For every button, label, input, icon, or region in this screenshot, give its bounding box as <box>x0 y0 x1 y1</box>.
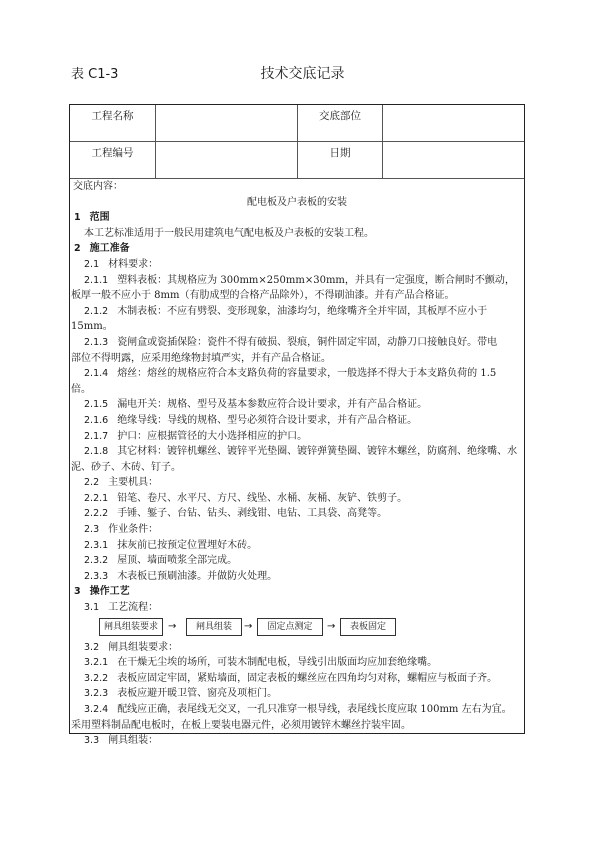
process-flow: 闸具组装要求 → 闸具组装 → 固定点测定 → 表板固定 <box>70 616 524 640</box>
clause-number: 3.2.2 <box>84 671 108 687</box>
paragraph-line: 本工艺标准适用于一般民用建筑电气配电板及户表板的安装工程。 <box>70 226 524 242</box>
subsection-heading: 2.1材料要求： <box>70 257 524 273</box>
clause-number: 3.2.1 <box>84 655 108 671</box>
clause-number: 3.2.3 <box>84 686 108 702</box>
clause-number: 2.1.6 <box>84 413 108 429</box>
clause-text: 闸具组装要求： <box>108 642 178 653</box>
clause-number: 2.2 <box>84 475 99 491</box>
project-name-field[interactable] <box>156 105 298 142</box>
clause-line: 2.3.3木表板已预刷油漆。并做防火处理。 <box>70 569 524 585</box>
clause-text: 操作工艺 <box>90 586 130 597</box>
clause-text: 施工准备 <box>90 243 130 254</box>
clause-number: 3.2.4 <box>84 702 108 718</box>
clause-text: 瓷闸盒或瓷插保险：瓷件不得有破损、裂痕，铜件固定牢固，动静刀口接触良好。带电 <box>117 337 497 348</box>
clause-text: 工艺流程： <box>108 602 158 613</box>
clause-line: 2.1.6绝缘导线：导线的规格、型号必须符合设计要求，并有产品合格证。 <box>70 413 524 429</box>
clause-text: 倍。 <box>71 384 91 395</box>
clause-number: 2.1.1 <box>84 273 108 289</box>
subsection-heading: 3.2闸具组装要求： <box>70 640 524 656</box>
clause-line: 2.1.5漏电开关：规格、型号及基本参数应符合设计要求，并有产品合格证。 <box>70 397 524 413</box>
clause-text: 护口：应根据管径的大小选择相应的护口。 <box>117 431 307 442</box>
clause-text: 在干燥无尘埃的场所，可装木制配电板，导线引出版面均应加套绝缘嘴。 <box>117 657 437 668</box>
content-subtitle: 配电板及户表板的安装 <box>70 195 524 211</box>
content-label: 交底内容： <box>70 179 524 195</box>
project-no-label: 工程编号 <box>70 142 156 179</box>
clause-number: 3 <box>74 584 81 600</box>
clause-text: 绝缘导线：导线的规格、型号必须符合设计要求，并有产品合格证。 <box>117 415 417 426</box>
clause-number: 2.1.8 <box>84 444 108 460</box>
date-label: 日期 <box>298 142 383 179</box>
content-lines: 3.2闸具组装要求：3.2.1在干燥无尘埃的场所，可装木制配电板，导线引出版面均… <box>70 640 524 749</box>
section-heading: 1范围 <box>70 210 524 226</box>
clause-text: 塑料表板：其规格应为 300mm×250mm×30mm，并具有一定强度，断合闸时… <box>117 275 515 286</box>
clause-text: 泥、砂子、木砖、钉子。 <box>71 462 181 473</box>
clause-number: 3.2 <box>84 640 99 656</box>
clause-line: 2.2.2手锤、錾子、台钻、钻头、剥线钳、电钻、工具袋、高凳等。 <box>70 506 524 522</box>
continuation-line: 倍。 <box>70 382 524 398</box>
clause-text: 手锤、錾子、台钻、钻头、剥线钳、电钻、工具袋、高凳等。 <box>117 508 387 519</box>
clause-text: 配线应正确，表尾线无交叉，一孔只准穿一根导线，表尾线长度应取 100mm 左右为… <box>117 704 511 715</box>
continuation-line: 部位不得明露，应采用绝缘物封填严实，并有产品合格证。 <box>70 351 524 367</box>
arrow-right-icon: → <box>168 619 176 635</box>
clause-text: 15mm。 <box>71 321 113 332</box>
arrow-right-icon: → <box>327 619 335 635</box>
flow-step: 闸具组装 <box>186 618 242 636</box>
clause-text: 本工艺标准适用于一般民用建筑电气配电板及户表板的安装工程。 <box>84 228 374 239</box>
clause-text: 表板应固定牢固，紧贴墙面，固定表板的螺丝应在四角均匀对称，螺帽应与板面子齐。 <box>117 673 497 684</box>
continuation-line: 15mm。 <box>70 319 524 335</box>
clause-line: 2.1.2木制表板：不应有劈裂、变形现象，油漆均匀，绝缘嘴齐全并牢固，其板厚不应… <box>70 304 524 320</box>
clause-text: 表板应避开暖卫管、窗亮及项柜门。 <box>117 688 277 699</box>
section-heading: 3操作工艺 <box>70 584 524 600</box>
clause-line: 2.1.7护口：应根据管径的大小选择相应的护口。 <box>70 429 524 445</box>
clause-text: 屋顶、墙面喷浆全部完成。 <box>117 555 237 566</box>
document-title: 技术交底记录 <box>0 63 595 83</box>
continuation-line: 板厚一般不应小于 8mm（有肋成型的合格产品除外），不得刷油漆。并有产品合格证。 <box>70 288 524 304</box>
clause-number: 2.3.1 <box>84 538 108 554</box>
handover-part-field[interactable] <box>383 105 524 142</box>
continuation-line: 采用塑料制品配电板时，在板上要装电器元件，必须用镀锌木螺丝拧装牢固。 <box>70 718 524 734</box>
clause-text: 铅笔、卷尺、水平尺、方尺、线坠、水桶、灰桶、灰铲、铁剪子。 <box>117 493 407 504</box>
clause-number: 2.1.4 <box>84 366 108 382</box>
clause-number: 3.3 <box>84 733 99 749</box>
clause-number: 2.1.7 <box>84 429 108 445</box>
continuation-line: 泥、砂子、木砖、钉子。 <box>70 460 524 476</box>
clause-text: 材料要求： <box>108 259 158 270</box>
clause-line: 2.1.1塑料表板：其规格应为 300mm×250mm×30mm，并具有一定强度… <box>70 273 524 289</box>
clause-line: 2.1.4熔丝：熔丝的规格应符合本支路负荷的容量要求，一般选择不得大于本支路负荷… <box>70 366 524 382</box>
clause-text: 采用塑料制品配电板时，在板上要装电器元件，必须用镀锌木螺丝拧装牢固。 <box>71 720 411 731</box>
clause-line: 2.1.3瓷闸盒或瓷插保险：瓷件不得有破损、裂痕，铜件固定牢固，动静刀口接触良好… <box>70 335 524 351</box>
subsection-heading: 2.3作业条件： <box>70 522 524 538</box>
clause-number: 1 <box>74 210 81 226</box>
clause-text: 主要机具： <box>108 477 158 488</box>
section-heading: 2施工准备 <box>70 241 524 257</box>
date-field[interactable] <box>383 142 524 179</box>
clause-text: 木表板已预刷油漆。并做防火处理。 <box>117 571 277 582</box>
subsection-heading: 2.2主要机具： <box>70 475 524 491</box>
handover-part-label: 交底部位 <box>298 105 383 142</box>
clause-number: 2.3 <box>84 522 99 538</box>
clause-line: 3.2.1在干燥无尘埃的场所，可装木制配电板，导线引出版面均应加套绝缘嘴。 <box>70 655 524 671</box>
project-no-field[interactable] <box>156 142 298 179</box>
clause-number: 2.1.5 <box>84 397 108 413</box>
clause-line: 2.3.1抹灰前已按预定位置埋好木砖。 <box>70 538 524 554</box>
handover-content: 交底内容： 配电板及户表板的安装 1范围本工艺标准适用于一般民用建筑电气配电板及… <box>70 179 524 749</box>
clause-number: 2.3.2 <box>84 553 108 569</box>
clause-line: 3.2.2表板应固定牢固，紧贴墙面，固定表板的螺丝应在四角均匀对称，螺帽应与板面… <box>70 671 524 687</box>
clause-number: 2.1.2 <box>84 304 108 320</box>
content-lines: 1范围本工艺标准适用于一般民用建筑电气配电板及户表板的安装工程。2施工准备2.1… <box>70 210 524 615</box>
clause-text: 熔丝：熔丝的规格应符合本支路负荷的容量要求，一般选择不得大于本支路负荷的 1.5 <box>117 368 496 379</box>
clause-line: 3.2.4配线应正确，表尾线无交叉，一孔只准穿一根导线，表尾线长度应取 100m… <box>70 702 524 718</box>
clause-line: 2.1.8其它材料：镀锌机螺丝、镀锌平光垫圈、镀锌弹簧垫圈、镀锌木螺丝，防腐剂、… <box>70 444 524 460</box>
handover-record-table: 工程名称 交底部位 工程编号 日期 交底内容： 配电板及户表板的安装 1范围本工… <box>69 104 525 734</box>
clause-number: 2.3.3 <box>84 569 108 585</box>
flow-step: 表板固定 <box>340 618 396 636</box>
clause-number: 2 <box>74 241 81 257</box>
clause-text: 抹灰前已按预定位置埋好木砖。 <box>117 540 257 551</box>
clause-number: 2.2.1 <box>84 491 108 507</box>
clause-text: 漏电开关：规格、型号及基本参数应符合设计要求，并有产品合格证。 <box>117 399 427 410</box>
clause-number: 2.1 <box>84 257 99 273</box>
clause-text: 板厚一般不应小于 8mm（有肋成型的合格产品除外），不得刷油漆。并有产品合格证。 <box>71 290 455 301</box>
clause-line: 3.2.3表板应避开暖卫管、窗亮及项柜门。 <box>70 686 524 702</box>
clause-text: 其它材料：镀锌机螺丝、镀锌平光垫圈、镀锌弹簧垫圈、镀锌木螺丝，防腐剂、绝缘嘴、水 <box>117 446 517 457</box>
subsection-heading: 3.3闸具组装： <box>70 733 524 749</box>
clause-text: 作业条件： <box>108 524 158 535</box>
flow-step: 固定点测定 <box>257 618 323 636</box>
subsection-heading: 3.1工艺流程： <box>70 600 524 616</box>
flow-step: 闸具组装要求 <box>99 618 163 636</box>
clause-number: 2.2.2 <box>84 506 108 522</box>
project-name-label: 工程名称 <box>70 105 156 142</box>
clause-text: 部位不得明露，应采用绝缘物封填严实，并有产品合格证。 <box>71 353 331 364</box>
arrow-right-icon: → <box>244 619 252 635</box>
clause-line: 2.2.1铅笔、卷尺、水平尺、方尺、线坠、水桶、灰桶、灰铲、铁剪子。 <box>70 491 524 507</box>
clause-line: 2.3.2屋顶、墙面喷浆全部完成。 <box>70 553 524 569</box>
clause-number: 2.1.3 <box>84 335 108 351</box>
clause-text: 闸具组装： <box>108 735 158 746</box>
clause-number: 3.1 <box>84 600 99 616</box>
clause-text: 范围 <box>90 212 110 223</box>
clause-text: 木制表板：不应有劈裂、变形现象，油漆均匀，绝缘嘴齐全并牢固，其板厚不应小于 <box>117 306 487 317</box>
